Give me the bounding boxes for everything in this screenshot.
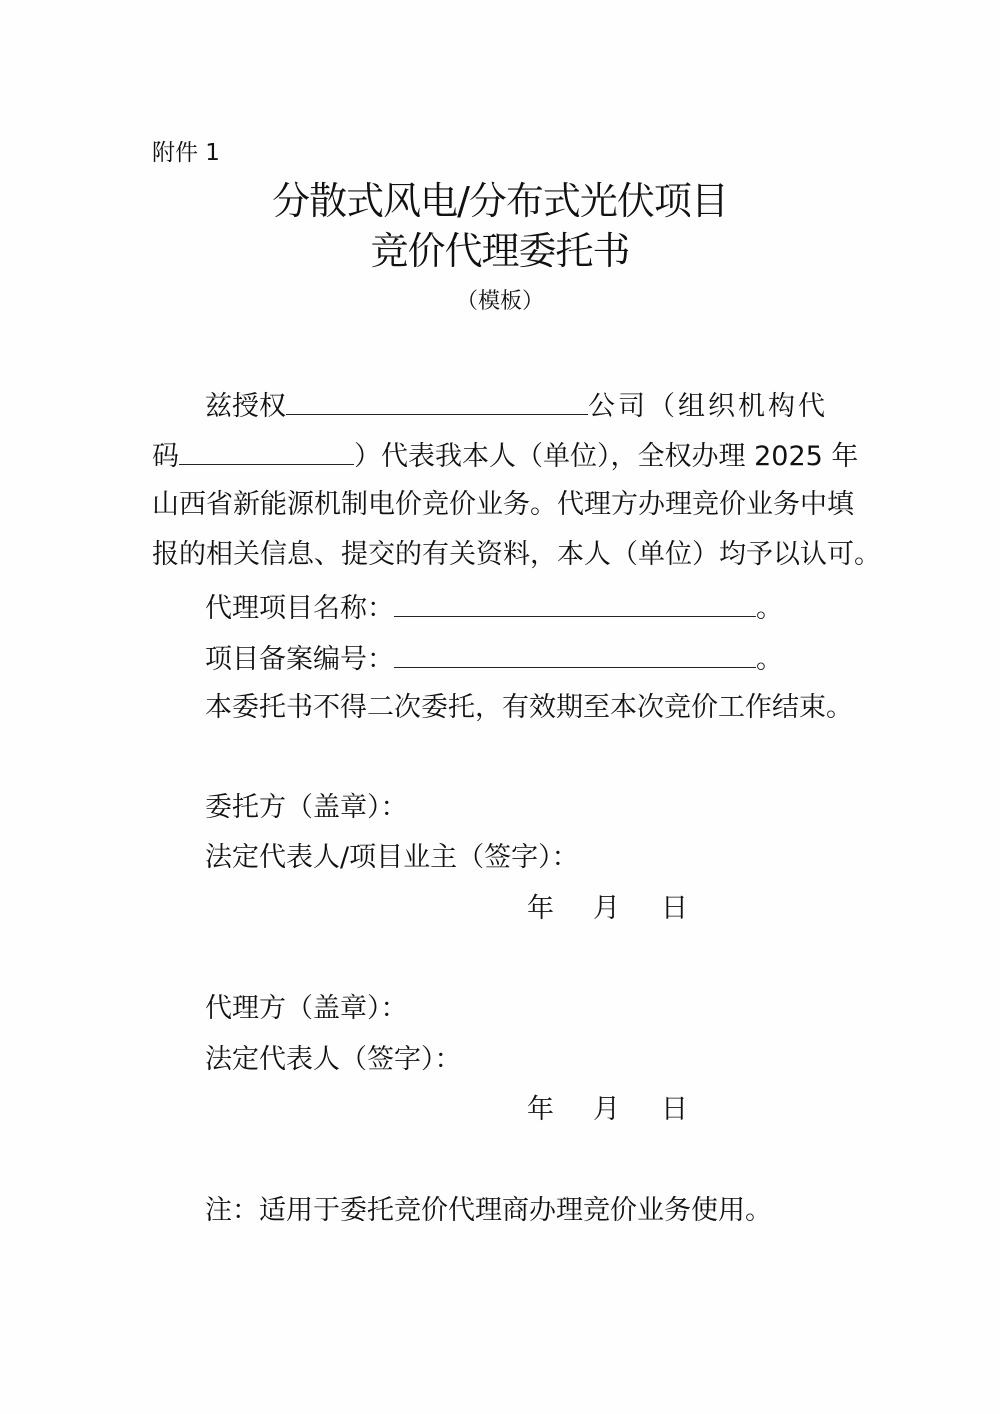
agent-sign-label: 法定代表人（签字）： (205, 1042, 462, 1078)
date-year-label: 年 (527, 1092, 593, 1128)
agent-date-row: 年月日 (527, 1092, 688, 1128)
document-title-line1: 分散式风电/分布式光伏项目 (0, 176, 1000, 226)
body-text: 码 (152, 441, 179, 472)
footnote: 注：适用于委托竞价代理商办理竞价业务使用。 (205, 1193, 772, 1229)
period-mark: 。 (756, 593, 783, 624)
project-id-row: 项目备案编号：。 (205, 639, 783, 678)
attachment-label: 附件 1 (152, 138, 220, 168)
org-code-blank[interactable] (179, 436, 354, 465)
project-id-label: 项目备案编号： (205, 644, 394, 675)
date-month-label: 月 (593, 1092, 661, 1128)
company-name-blank[interactable] (286, 386, 588, 415)
document-page: 附件 1 分散式风电/分布式光伏项目 竞价代理委托书 （模板） 兹授权公司（组织… (0, 0, 1000, 1414)
body-line-2: 码）代表我本人（单位），全权办理 2025 年 (152, 436, 858, 475)
principal-seal-label: 委托方（盖章）： (205, 790, 408, 826)
date-day-label: 日 (661, 891, 688, 927)
date-month-label: 月 (593, 891, 661, 927)
body-line-4: 报的相关信息、提交的有关资料，本人（单位）均予以认可。 (152, 537, 881, 573)
principal-sign-label: 法定代表人/项目业主（签字）： (205, 840, 579, 876)
body-text: 兹授权 (205, 391, 286, 422)
project-name-row: 代理项目名称：。 (205, 588, 783, 627)
project-name-label: 代理项目名称： (205, 593, 394, 624)
agent-seal-label: 代理方（盖章）： (205, 991, 408, 1027)
principal-date-row: 年月日 (527, 891, 688, 927)
validity-note: 本委托书不得二次委托，有效期至本次竞价工作结束。 (205, 690, 853, 726)
document-title-line2: 竞价代理委托书 (0, 226, 1000, 276)
body-line-3: 山西省新能源机制电价竞价业务。代理方办理竞价业务中填 (152, 487, 854, 523)
period-mark: 。 (756, 644, 783, 675)
document-subtitle: （模板） (0, 286, 1000, 318)
date-day-label: 日 (661, 1092, 688, 1128)
project-id-blank[interactable] (394, 639, 756, 668)
date-year-label: 年 (527, 891, 593, 927)
body-text: ）代表我本人（单位），全权办理 2025 年 (354, 441, 858, 472)
project-name-blank[interactable] (394, 588, 756, 617)
body-line-1: 兹授权公司（组织机构代 (205, 386, 828, 425)
body-text: 公司（组织机构代 (588, 391, 828, 422)
